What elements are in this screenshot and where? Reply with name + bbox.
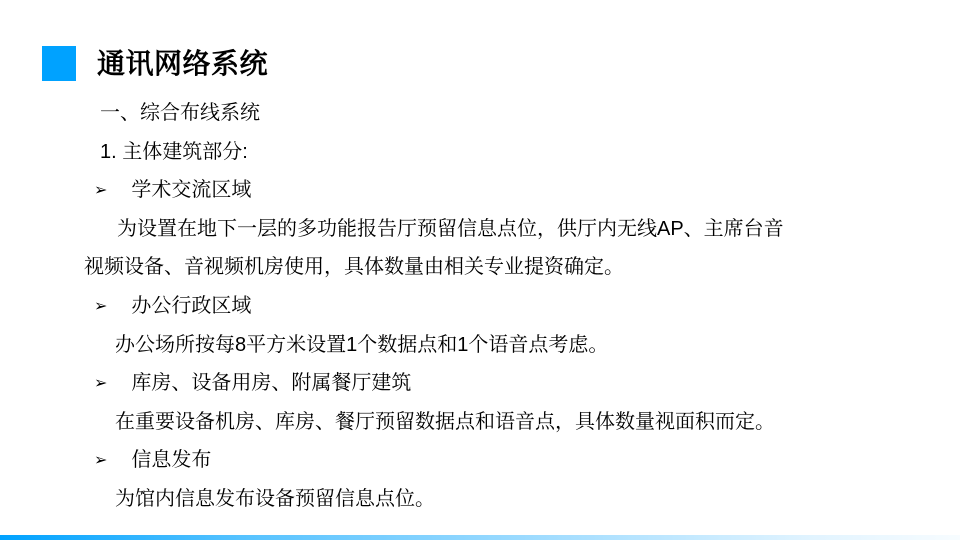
arrow-bullet-icon: ➢ (94, 288, 107, 327)
bullet-item: ➢学术交流区域 (0, 171, 960, 210)
text-line: 在重要设备机房、库房、餐厅预留数据点和语音点，具体数量视面积而定。 (0, 403, 960, 442)
text-line: 1. 主体建筑部分: (0, 133, 960, 172)
text-line: 为设置在地下一层的多功能报告厅预留信息点位，供厅内无线AP、主席台音 (0, 210, 960, 249)
bullet-item: ➢信息发布 (0, 441, 960, 480)
arrow-bullet-icon: ➢ (94, 365, 107, 404)
bottom-accent-bar (0, 535, 960, 540)
bullet-label: 库房、设备用房、附属餐厅建筑 (131, 372, 411, 394)
text-line: 视频设备、音视频机房使用，具体数量由相关专业提资确定。 (0, 248, 960, 287)
text-line: 一、综合布线系统 (0, 94, 960, 133)
bullet-label: 学术交流区域 (131, 179, 251, 201)
bullet-label: 信息发布 (131, 449, 211, 471)
slide-header: 通讯网络系统 (42, 46, 268, 81)
bullet-label: 办公行政区域 (131, 295, 251, 317)
bullet-item: ➢办公行政区域 (0, 287, 960, 326)
slide-body: 一、综合布线系统1. 主体建筑部分:➢学术交流区域为设置在地下一层的多功能报告厅… (0, 94, 960, 519)
text-line: 办公场所按每8平方米设置1个数据点和1个语音点考虑。 (0, 326, 960, 365)
bullet-item: ➢库房、设备用房、附属餐厅建筑 (0, 364, 960, 403)
text-line: 为馆内信息发布设备预留信息点位。 (0, 480, 960, 519)
arrow-bullet-icon: ➢ (94, 442, 107, 481)
presentation-slide: 通讯网络系统 一、综合布线系统1. 主体建筑部分:➢学术交流区域为设置在地下一层… (0, 0, 960, 540)
arrow-bullet-icon: ➢ (94, 172, 107, 211)
page-title: 通讯网络系统 (97, 46, 268, 81)
title-accent-square-icon (42, 46, 76, 81)
